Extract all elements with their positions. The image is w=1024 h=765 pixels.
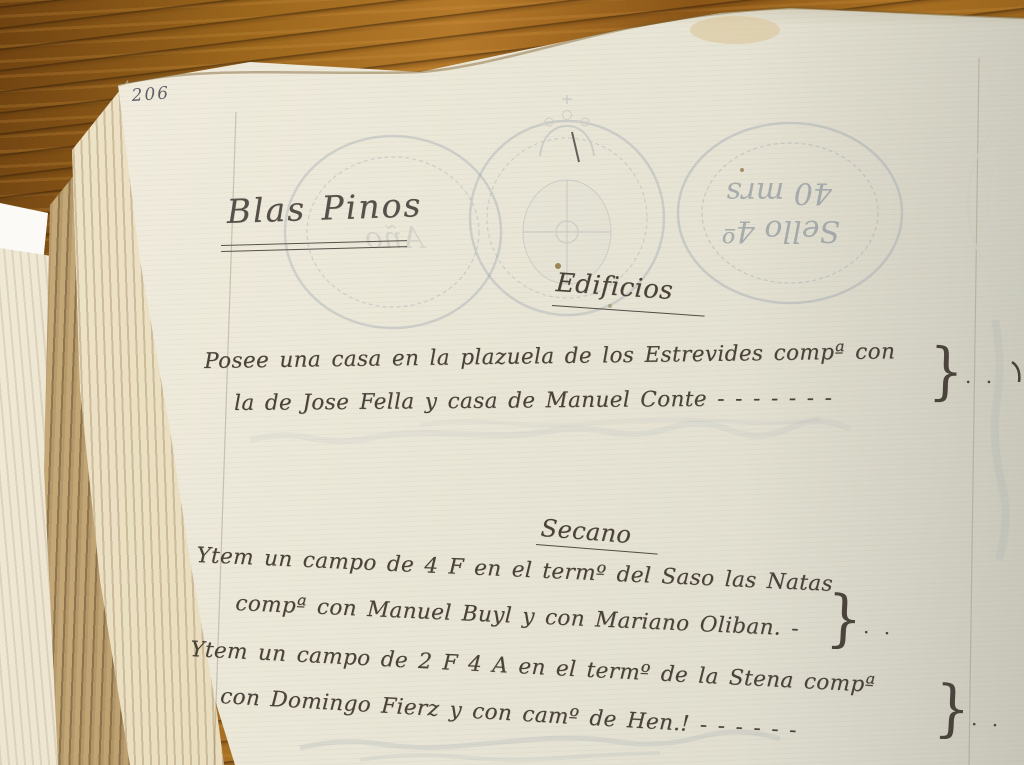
entry-brace: } [825, 588, 864, 651]
brace-trailer-dots: . . [965, 364, 996, 388]
page-number: 206 [131, 83, 171, 106]
page-title: Blas Pinos [226, 185, 423, 231]
entry-brace: } [933, 678, 972, 741]
manuscript-photo: Año Sello 4º 40 mrs [0, 0, 1024, 765]
entry-brace: } [928, 340, 965, 403]
brace-trailer-dots: . . [863, 614, 895, 640]
brace-trailer-dots: . . [971, 706, 1003, 732]
entry-line: la de Jose Fella y casa de Manuel Conte … [234, 386, 832, 416]
